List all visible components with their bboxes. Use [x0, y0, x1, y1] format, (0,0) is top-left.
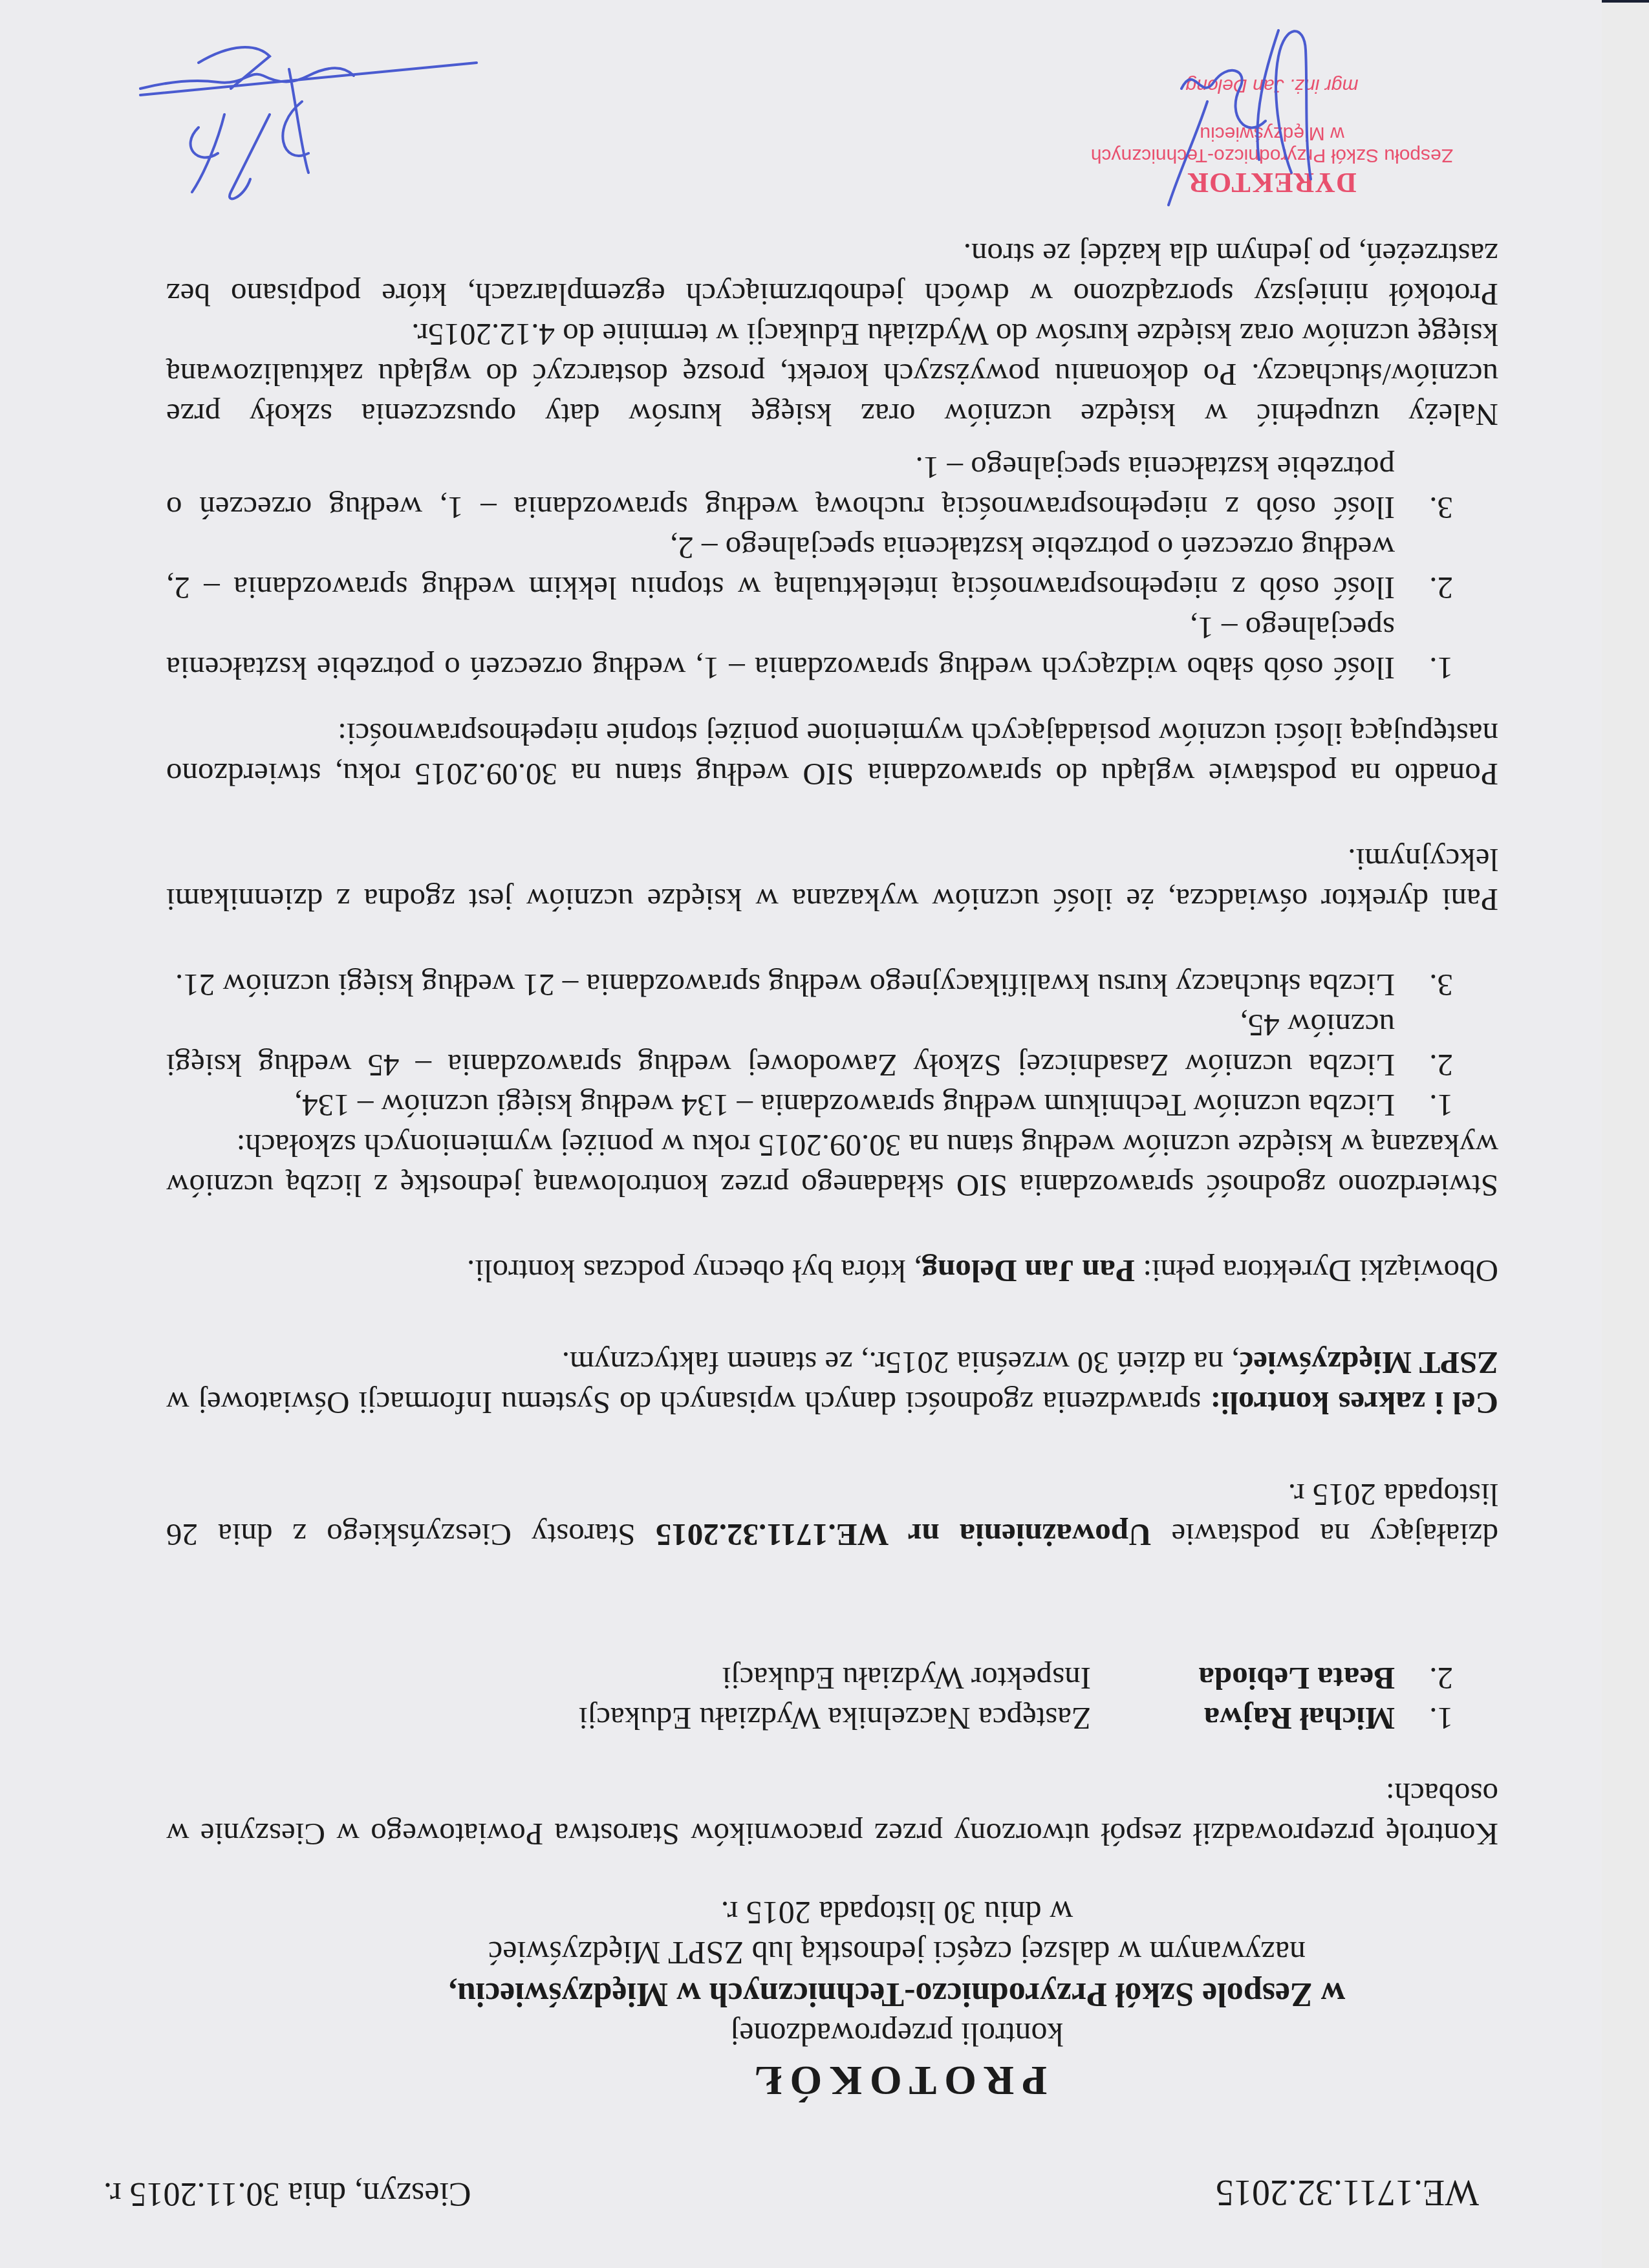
list-item: 1.Ilość osób słabo widzących według spra…	[166, 608, 1453, 688]
inspection-date: w dniu 30 listopada 2015 r.	[192, 1893, 1602, 1933]
director-signature-icon	[1156, 5, 1375, 218]
list-text: Ilość osób z niepełnosprawnością ruchową…	[166, 448, 1395, 528]
control-scope: Cel i zakres kontroli: sprawdzenia zgodn…	[166, 1343, 1498, 1423]
document-title: PROTOKÓŁ	[192, 2055, 1602, 2106]
team-member: 2. Beata Lebioda Inspektor Wydziału Eduk…	[166, 1658, 1453, 1698]
list-item: 3.Liczba słuchaczy kursu kwalifikacyjneg…	[166, 965, 1453, 1005]
recommendation: Należy uzupełnić w księdze uczniów oraz …	[166, 314, 1498, 435]
list-text: Liczba uczniów Technikum według sprawozd…	[166, 1085, 1395, 1125]
school-alias: nazywanym w dalszej części jednostką lub…	[192, 1933, 1602, 1973]
team-member-name: Beata Lebioda	[1091, 1658, 1395, 1698]
director-statement: Pani dyrektor oświadcza, że ilość ucznió…	[166, 839, 1498, 920]
scope-label: Cel i zakres kontroli:	[1210, 1385, 1498, 1421]
document-page: WE.1711.32.2015 Cieszyn, dnia 30.11.2015…	[0, 0, 1602, 2268]
list-number: 3.	[1395, 448, 1453, 528]
team-member-number: 1.	[1395, 1698, 1453, 1738]
title-block: PROTOKÓŁ kontroli przeprowadzonej w Zesp…	[192, 1893, 1602, 2106]
list-item: 2.Ilość osób z niepełnosprawnością intel…	[166, 528, 1453, 608]
director-prefix: Obowiązki Dyrektora pełni:	[1135, 1253, 1498, 1289]
list-text: Liczba uczniów Zasadniczej Szkoły Zawodo…	[166, 1005, 1395, 1085]
reference-number: WE.1711.32.2015	[1216, 2172, 1479, 2213]
authorization: działający na podstawie Upoważnienia nr …	[166, 1474, 1498, 1555]
list-text: Ilość osób z niepełnosprawnością intelek…	[166, 528, 1395, 608]
director-duties: Obowiązki Dyrektora pełni: Pan Jan Delon…	[166, 1251, 1498, 1291]
scope-text-end: , na dzień 30 września 2015r., ze stanem…	[562, 1345, 1240, 1381]
list-number: 3.	[1395, 965, 1453, 1005]
team-member: 1. Michał Rajwa Zastępca Naczelnika Wydz…	[166, 1698, 1453, 1738]
student-count-list: 1.Liczba uczniów Technikum według sprawo…	[166, 965, 1498, 1125]
team-member-number: 2.	[1395, 1658, 1453, 1698]
list-number: 2.	[1395, 1005, 1453, 1085]
compliance-intro: Stwierdzono zgodność sprawozdania SIO sk…	[166, 1125, 1498, 1205]
list-number: 2.	[1395, 528, 1453, 608]
disability-count-list: 1.Ilość osób słabo widzących według spra…	[166, 448, 1498, 688]
scanner-edge	[1601, 0, 1649, 2268]
team-member-role: Inspektor Wydziału Edukacji	[722, 1658, 1091, 1698]
body: Kontrolę przeprowadził zespół utworzony …	[166, 234, 1498, 1854]
list-text: Liczba słuchaczy kursu kwalifikacyjnego …	[166, 965, 1395, 1005]
list-item: 1.Liczba uczniów Technikum według sprawo…	[166, 1085, 1453, 1125]
list-number: 1.	[1395, 608, 1453, 688]
team-list: 1. Michał Rajwa Zastępca Naczelnika Wydz…	[166, 1658, 1498, 1738]
disability-intro: Ponadto na podstawie wglądu do sprawozda…	[166, 714, 1498, 794]
closing-statement: Protokół niniejszy sporządzono w dwóch j…	[166, 234, 1498, 314]
document-subtitle: kontroli przeprowadzonej	[192, 2014, 1602, 2055]
team-intro: Kontrolę przeprowadził zespół utworzony …	[166, 1774, 1498, 1854]
director-suffix: , która był obecny podczas kontroli.	[467, 1253, 922, 1289]
scope-text: sprawdzenia zgodności danych wpisanych d…	[166, 1385, 1210, 1421]
team-member-role: Zastępca Naczelnika Wydziału Edukacji	[579, 1698, 1091, 1738]
list-item: 2.Liczba uczniów Zasadniczej Szkoły Zawo…	[166, 1005, 1453, 1085]
authorization-prefix: działający na podstawie	[1151, 1517, 1498, 1553]
school-name: w Zespole Szkół Przyrodniczo-Technicznyc…	[192, 1973, 1602, 2014]
scope-unit: ZSPT Międzyświeć	[1239, 1345, 1498, 1381]
authorization-number: Upoważnienia nr WE.1711.32.2015	[656, 1517, 1152, 1553]
list-number: 1.	[1395, 1085, 1453, 1125]
scanner-edge-dark	[1602, 0, 1649, 3]
team-member-name: Michał Rajwa	[1091, 1698, 1395, 1738]
inspector-signatures-icon	[114, 37, 502, 231]
place-date: Cieszyn, dnia 30.11.2015 r.	[103, 2175, 471, 2213]
list-item: 3.Ilość osób z niepełnosprawnością rucho…	[166, 448, 1453, 528]
list-text: Ilość osób słabo widzących według sprawo…	[166, 608, 1395, 688]
director-name: Pan Jan Delong	[922, 1253, 1135, 1289]
